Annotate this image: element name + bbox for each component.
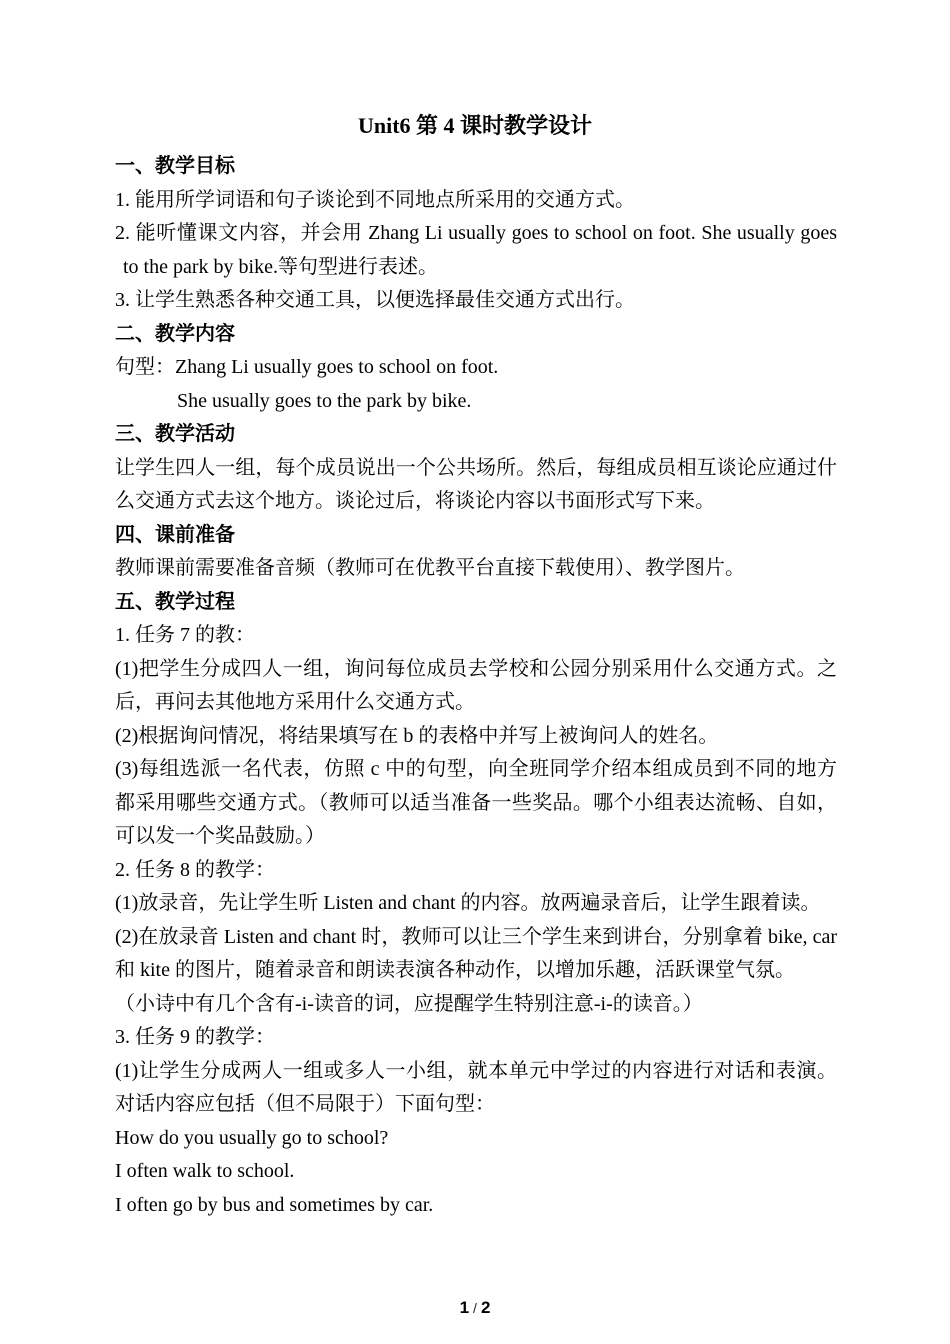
section-heading-objectives: 一、教学目标 xyxy=(115,150,837,184)
paragraph: 让学生四人一组，每个成员说出一个公共场所。然后，每组成员相互谈论应通过什么交通方… xyxy=(115,452,837,519)
document-page: Unit6 第 4 课时教学设计 一、教学目标 1. 能用所学词语和句子谈论到不… xyxy=(0,0,950,1344)
paragraph: 3. 让学生熟悉各种交通工具，以便选择最佳交通方式出行。 xyxy=(115,284,837,318)
paragraph: (1)把学生分成四人一组，询问每位成员去学校和公园分别采用什么交通方式。之后，再… xyxy=(115,653,837,720)
paragraph: She usually goes to the park by bike. xyxy=(115,385,837,419)
paragraph: 3. 任务 9 的教学： xyxy=(115,1021,837,1055)
page-number-total: 2 xyxy=(481,1298,490,1317)
section-heading-content: 二、教学内容 xyxy=(115,318,837,352)
paragraph: (1)让学生分成两人一组或多人一小组，就本单元中学过的内容进行对话和表演。对话内… xyxy=(115,1055,837,1122)
paragraph: 句型：Zhang Li usually goes to school on fo… xyxy=(115,351,837,385)
paragraph: (2)在放录音 Listen and chant 时，教师可以让三个学生来到讲台… xyxy=(115,921,837,988)
paragraph: (2)根据询问情况，将结果填写在 b 的表格中并写上被询问人的姓名。 xyxy=(115,720,837,754)
paragraph: 1. 任务 7 的教： xyxy=(115,619,837,653)
section-heading-process: 五、教学过程 xyxy=(115,586,837,620)
paragraph: How do you usually go to school? xyxy=(115,1122,837,1156)
paragraph: （小诗中有几个含有-i-读音的词，应提醒学生特别注意-i-的读音。） xyxy=(115,988,837,1022)
page-number-current: 1 xyxy=(460,1298,469,1317)
page-footer: 1/2 xyxy=(0,1298,950,1318)
paragraph: 2. 能听懂课文内容，并会用 Zhang Li usually goes to … xyxy=(115,217,837,284)
document-title: Unit6 第 4 课时教学设计 xyxy=(0,112,950,140)
paragraph: I often walk to school. xyxy=(115,1155,837,1189)
document-body: 一、教学目标 1. 能用所学词语和句子谈论到不同地点所采用的交通方式。 2. 能… xyxy=(115,150,837,1222)
paragraph: (3)每组选派一名代表，仿照 c 中的句型，向全班同学介绍本组成员到不同的地方都… xyxy=(115,753,837,854)
paragraph: 1. 能用所学词语和句子谈论到不同地点所采用的交通方式。 xyxy=(115,184,837,218)
paragraph: 2. 任务 8 的教学： xyxy=(115,854,837,888)
paragraph: 教师课前需要准备音频（教师可在优教平台直接下载使用）、教学图片。 xyxy=(115,552,837,586)
paragraph: I often go by bus and sometimes by car. xyxy=(115,1189,837,1223)
page-number-separator: / xyxy=(473,1300,477,1316)
section-heading-activities: 三、教学活动 xyxy=(115,418,837,452)
paragraph: (1)放录音，先让学生听 Listen and chant 的内容。放两遍录音后… xyxy=(115,887,837,921)
section-heading-preparation: 四、课前准备 xyxy=(115,519,837,553)
